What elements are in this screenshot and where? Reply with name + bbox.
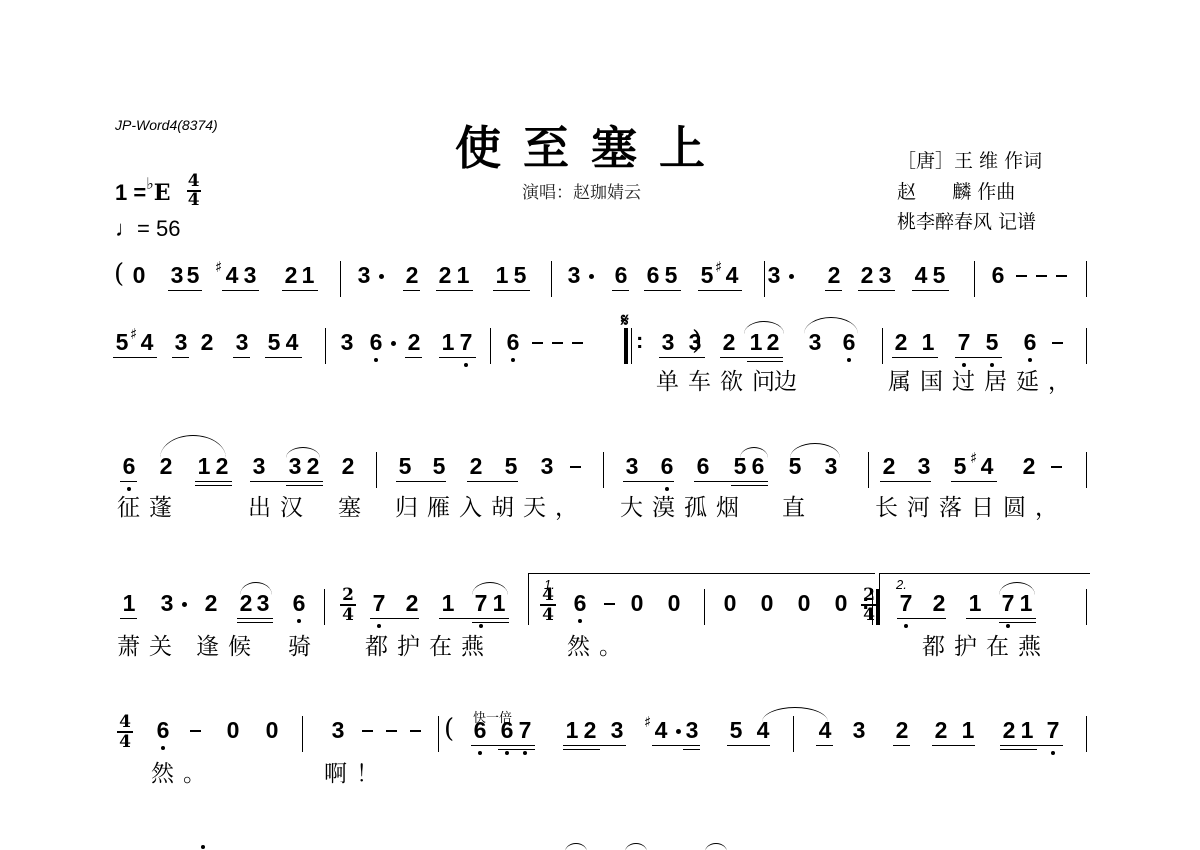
eighth-underline (644, 290, 681, 291)
lyric-text: 塞 (338, 497, 370, 520)
barline (490, 328, 491, 364)
low-octave-dot (374, 358, 378, 362)
eighth-underline (471, 745, 535, 746)
note: 3 (252, 455, 266, 478)
note: 4 (914, 264, 928, 287)
note: 2 (405, 592, 419, 615)
note: 7 (957, 331, 971, 354)
note: 3 (243, 264, 257, 287)
barline (974, 261, 975, 297)
augmentation-dot (789, 274, 794, 279)
note: 2 (583, 719, 597, 742)
song-title: 使至塞上 (455, 112, 727, 178)
repeat-start-barline (624, 328, 628, 364)
low-octave-dot (478, 751, 482, 755)
note: 1 (921, 331, 935, 354)
slur (744, 321, 784, 334)
lyric-text: 征蓬 (117, 497, 181, 520)
note: 6 (751, 455, 765, 478)
note: 1 (441, 331, 455, 354)
eighth-underline (405, 357, 422, 358)
low-octave-dot (847, 358, 851, 362)
eighth-underline (932, 745, 975, 746)
eighth-underline (493, 290, 530, 291)
eighth-underline (120, 618, 137, 619)
note: 5 (115, 331, 129, 354)
lyric-text: 属国过居延， (888, 371, 1080, 394)
note: 2 (306, 455, 320, 478)
sixteenth-underline (498, 749, 535, 750)
key-prefix: 1 = (115, 180, 146, 205)
time-signature: 44 (187, 173, 201, 209)
sixteenth-underline (237, 622, 273, 623)
eighth-underline (439, 357, 476, 358)
note: 4 (654, 719, 668, 742)
augmentation-dot (391, 341, 396, 346)
repeat-start-thin (631, 328, 632, 364)
note: 2 (895, 719, 909, 742)
eighth-underline (623, 481, 674, 482)
slur (472, 582, 508, 595)
note: 1 (961, 719, 975, 742)
note: 4 (285, 331, 299, 354)
note: 5 (398, 455, 412, 478)
volta-label-1: 1. (544, 577, 555, 592)
lyric-text: 然。 (151, 763, 215, 786)
lyric-text: 大漠孤烟 (620, 497, 748, 520)
low-octave-dot (1051, 751, 1055, 755)
sixteenth-underline (472, 622, 509, 623)
note: 3 (824, 455, 838, 478)
note: 6 (292, 592, 306, 615)
sustain-dash (552, 342, 563, 344)
lyric-text: 直 (782, 497, 814, 520)
note: 3 (174, 331, 188, 354)
time-signature: 44 (117, 714, 133, 750)
note: 7 (1046, 719, 1060, 742)
note: 2 (882, 455, 896, 478)
note: 3 (852, 719, 866, 742)
eighth-underline (265, 357, 302, 358)
sustain-dash (362, 730, 373, 732)
low-octave-dot (1028, 358, 1032, 362)
sustain-dash (570, 466, 581, 468)
note: 3 (357, 264, 371, 287)
sustain-dash (1016, 275, 1027, 277)
slur (804, 317, 858, 334)
note: 3 (610, 719, 624, 742)
note: 5 (664, 264, 678, 287)
eighth-underline (120, 481, 137, 482)
note: 1 (565, 719, 579, 742)
note: 1 (749, 331, 763, 354)
lyric-text: 出汉 (248, 497, 312, 520)
eighth-underline (816, 745, 833, 746)
note: 1 (197, 455, 211, 478)
note: 7 (474, 592, 488, 615)
eighth-underline (436, 290, 473, 291)
augmentation-dot (676, 729, 681, 734)
low-octave-dot (511, 358, 515, 362)
note: 4 (818, 719, 832, 742)
composer-credit: 赵 麟 作曲 (897, 177, 1015, 204)
sustain-dash (1051, 466, 1062, 468)
eighth-underline (880, 481, 931, 482)
note: 4 (756, 719, 770, 742)
note: 4 (725, 264, 739, 287)
lyric-text: 萧关 (117, 636, 181, 659)
note: 2 (215, 455, 229, 478)
slur (762, 707, 828, 722)
lyric-text: 然。 (567, 636, 631, 659)
eighth-underline (892, 357, 938, 358)
flat-icon: ♭ (146, 176, 154, 193)
eighth-underline (370, 618, 419, 619)
eighth-underline (825, 290, 842, 291)
augmentation-dot (182, 602, 187, 607)
note: 2 (341, 455, 355, 478)
barline (603, 452, 604, 488)
note: 2 (722, 331, 736, 354)
eighth-underline (172, 357, 189, 358)
eighth-underline (966, 618, 1036, 619)
note: 6 (369, 331, 383, 354)
sustain-dash (1036, 275, 1047, 277)
low-octave-dot (990, 363, 994, 367)
lyric-text: 都护在燕 (922, 636, 1050, 659)
sharp-icon: ♯ (970, 451, 977, 466)
lyric-text: 骑 (288, 636, 320, 659)
note: 5 (729, 719, 743, 742)
parenthesis: ( (444, 716, 454, 742)
lyric-text: 都护在燕 (365, 636, 493, 659)
low-octave-dot (904, 624, 908, 628)
eighth-underline (897, 618, 946, 619)
low-octave-dot (297, 619, 301, 623)
eighth-underline (233, 357, 250, 358)
eighth-underline (250, 481, 323, 482)
slur (160, 435, 226, 458)
sixteenth-underline (731, 485, 768, 486)
parenthesis: ) (692, 328, 702, 354)
segno-icon: 𝄋 (621, 312, 629, 330)
note: 2 (1022, 455, 1036, 478)
note: 6 (1023, 331, 1037, 354)
note: 2 (159, 455, 173, 478)
note: 3 (540, 455, 554, 478)
tempo-change-annotation: 快一倍 (473, 707, 512, 726)
note: 2 (438, 264, 452, 287)
note: 6 (991, 264, 1005, 287)
lyric-text: 归雁入胡天， (395, 497, 587, 520)
note: 2 (469, 455, 483, 478)
note: 4 (980, 455, 994, 478)
barline (764, 261, 765, 297)
software-brand: JP-Word4(8374) (115, 117, 218, 133)
barline (324, 589, 325, 625)
sixteenth-underline (195, 485, 232, 486)
sixteenth-underline (747, 361, 783, 362)
sustain-dash (1052, 342, 1063, 344)
eighth-underline (222, 290, 259, 291)
volta-label-2: 2. (896, 577, 907, 592)
eighth-underline (439, 618, 509, 619)
slur (740, 447, 768, 458)
note: 1 (495, 264, 509, 287)
note: 4 (225, 264, 239, 287)
note: 5 (504, 455, 518, 478)
barline (1086, 328, 1087, 364)
note: 3 (661, 331, 675, 354)
eighth-underline (652, 745, 700, 746)
slur (565, 843, 587, 850)
lyric-text: 单车欲问 (656, 371, 784, 394)
sharp-icon: ♯ (715, 260, 722, 275)
eighth-underline (893, 745, 910, 746)
eighth-underline (1000, 745, 1063, 746)
note: 3 (288, 455, 302, 478)
note: 6 (646, 264, 660, 287)
note: 5 (733, 455, 747, 478)
note: 3 (331, 719, 345, 742)
note: 5 (788, 455, 802, 478)
note: 1 (492, 592, 506, 615)
sustain-dash (572, 342, 583, 344)
volta-bracket-1 (528, 573, 875, 604)
lyric-text: 长河落日圆， (875, 497, 1067, 520)
lyric-text: 边 (774, 371, 806, 394)
sharp-icon: ♯ (644, 715, 651, 730)
note: 5 (932, 264, 946, 287)
low-octave-dot (377, 624, 381, 628)
note: 6 (660, 455, 674, 478)
cutoff-dot (201, 845, 205, 849)
eighth-underline (727, 745, 770, 746)
note: 5 (700, 264, 714, 287)
barline (340, 261, 341, 297)
barline (1086, 452, 1087, 488)
eighth-underline (951, 481, 997, 482)
note: 2 (827, 264, 841, 287)
slur (625, 843, 647, 850)
low-octave-dot (479, 624, 483, 628)
note: 5 (432, 455, 446, 478)
low-octave-dot (523, 751, 527, 755)
note: 3 (235, 331, 249, 354)
note: 3 (625, 455, 639, 478)
barline (1086, 716, 1087, 752)
eighth-underline (955, 357, 1002, 358)
note: 2 (405, 264, 419, 287)
sharp-icon: ♯ (130, 327, 137, 342)
note: 2 (934, 719, 948, 742)
repeat-dots: : (636, 330, 643, 352)
note: 0 (265, 719, 279, 742)
sustain-dash (190, 730, 201, 732)
note: 2 (204, 592, 218, 615)
low-octave-dot (1006, 624, 1010, 628)
note: 5 (953, 455, 967, 478)
slur (286, 447, 320, 458)
note: 5 (513, 264, 527, 287)
eighth-underline (720, 357, 783, 358)
singer-credit: 演唱：赵珈婧云 (522, 178, 641, 203)
note: 2 (284, 264, 298, 287)
note: 7 (518, 719, 532, 742)
barline (882, 328, 883, 364)
note: 3 (567, 264, 581, 287)
note: 6 (696, 455, 710, 478)
key-note: E (154, 180, 171, 206)
low-octave-dot (161, 746, 165, 750)
barline (438, 716, 439, 752)
note: 7 (459, 331, 473, 354)
eighth-underline (195, 481, 232, 482)
eighth-underline (168, 290, 202, 291)
sustain-dash (532, 342, 543, 344)
note: 3 (340, 331, 354, 354)
tempo-value: = 56 (137, 216, 180, 241)
note: 3 (160, 592, 174, 615)
eighth-underline (858, 290, 895, 291)
note: 6 (156, 719, 170, 742)
sixteenth-underline (1000, 749, 1037, 750)
sixteenth-underline (286, 485, 323, 486)
note: 1 (441, 592, 455, 615)
note: 6 (842, 331, 856, 354)
volta-bracket-2 (879, 573, 1090, 604)
barline (376, 452, 377, 488)
note: 4 (140, 331, 154, 354)
eighth-underline (396, 481, 446, 482)
note: 2 (239, 592, 253, 615)
barline (1086, 261, 1087, 297)
note: 3 (256, 592, 270, 615)
note: 3 (685, 719, 699, 742)
eighth-underline (563, 745, 626, 746)
note: 1 (456, 264, 470, 287)
note: 1 (1020, 719, 1034, 742)
note: 3 (170, 264, 184, 287)
eighth-underline (403, 290, 420, 291)
sustain-dash (386, 730, 397, 732)
note: 6 (506, 331, 520, 354)
eighth-underline (237, 618, 273, 619)
sixteenth-underline (563, 749, 600, 750)
low-octave-dot (962, 363, 966, 367)
note: 1 (301, 264, 315, 287)
sixteenth-underline (999, 622, 1036, 623)
slur (790, 443, 840, 458)
eighth-underline (659, 357, 705, 358)
note: 0 (226, 719, 240, 742)
note: 2 (894, 331, 908, 354)
eighth-underline (282, 290, 318, 291)
note: 0 (132, 264, 146, 287)
slur (705, 843, 727, 850)
eighth-underline (912, 290, 949, 291)
barline (325, 328, 326, 364)
lyric-text: 逢候 (196, 636, 260, 659)
time-signature: 24 (340, 587, 356, 623)
parenthesis: ( (114, 261, 124, 287)
note: 3 (878, 264, 892, 287)
augmentation-dot (379, 274, 384, 279)
sharp-icon: ♯ (215, 260, 222, 275)
barline (868, 452, 869, 488)
note: 3 (917, 455, 931, 478)
quarter-note-icon: ♩ (115, 216, 137, 241)
key-signature: 1 =♭E 44 (115, 176, 201, 212)
note: 2 (860, 264, 874, 287)
eighth-underline (694, 481, 768, 482)
lyricist-credit: ［唐］王 维 作词 (897, 146, 1042, 173)
low-octave-dot (665, 487, 669, 491)
barline (551, 261, 552, 297)
low-octave-dot (578, 619, 582, 623)
eighth-underline (698, 290, 742, 291)
note: 5 (985, 331, 999, 354)
slur (240, 582, 272, 595)
augmentation-dot (589, 274, 594, 279)
note: 6 (122, 455, 136, 478)
sixteenth-underline (683, 749, 700, 750)
note: 7 (372, 592, 386, 615)
note: 6 (614, 264, 628, 287)
transcriber-credit: 桃李醉春风 记谱 (897, 207, 1036, 234)
note: 3 (808, 331, 822, 354)
eighth-underline (467, 481, 518, 482)
note: 2 (1002, 719, 1016, 742)
note: 2 (200, 331, 214, 354)
note: 3 (767, 264, 781, 287)
sustain-dash (1056, 275, 1067, 277)
eighth-underline (612, 290, 629, 291)
low-octave-dot (127, 487, 131, 491)
eighth-underline (113, 357, 157, 358)
note: 5 (186, 264, 200, 287)
low-octave-dot (505, 751, 509, 755)
note: 5 (267, 331, 281, 354)
note: 2 (407, 331, 421, 354)
lyric-text: 啊！ (324, 763, 388, 786)
note: 2 (766, 331, 780, 354)
barline (302, 716, 303, 752)
note: 1 (122, 592, 136, 615)
low-octave-dot (464, 363, 468, 367)
sustain-dash (410, 730, 421, 732)
tempo-marking: ♩= 56 (115, 216, 180, 242)
